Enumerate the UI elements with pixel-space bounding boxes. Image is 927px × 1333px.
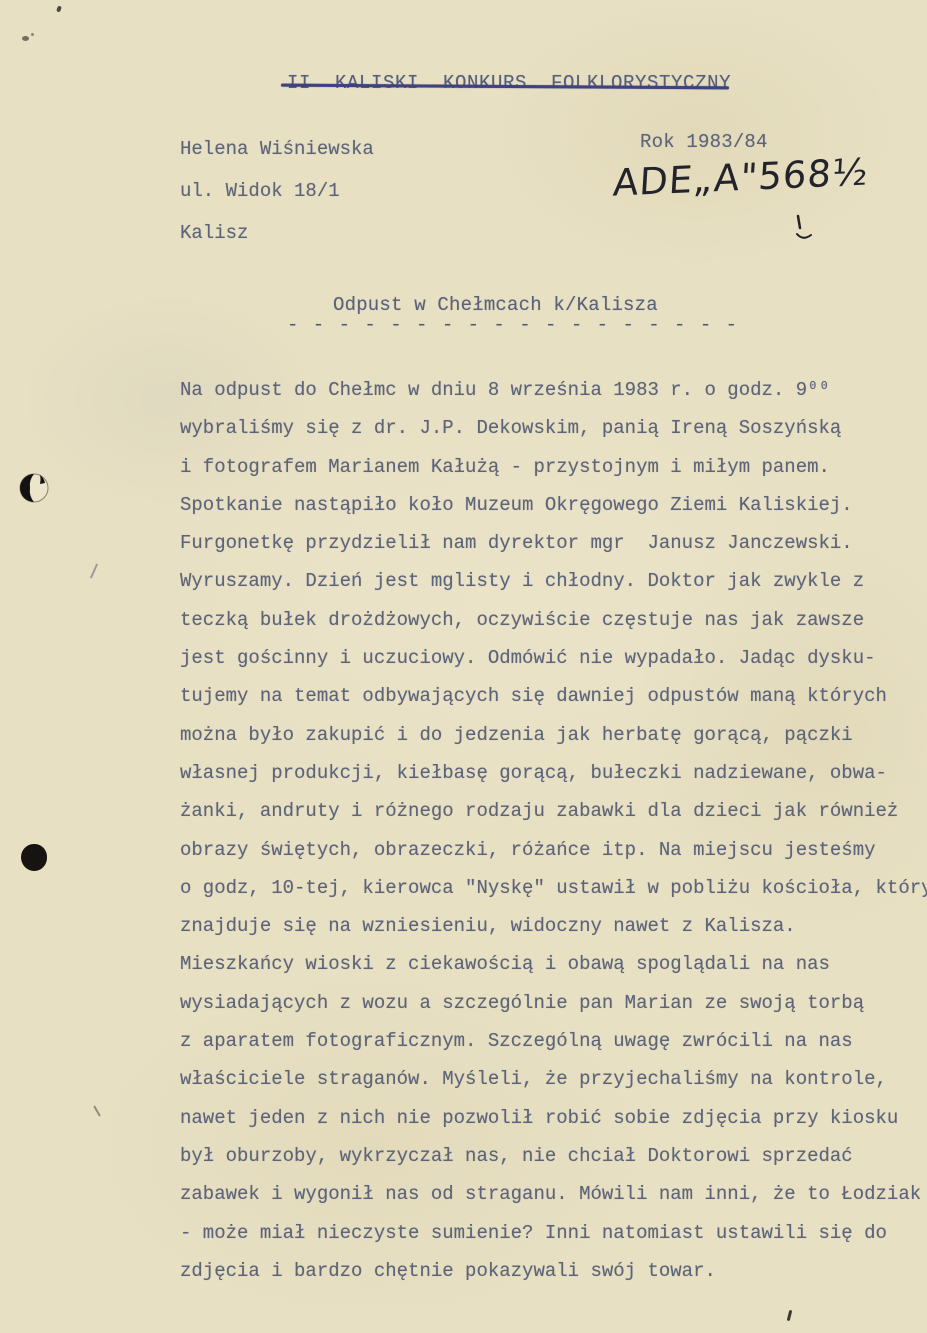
sender-name: Helena Wiśniewska <box>180 128 374 170</box>
body-line: i fotografem Marianem Kałużą - przystojn… <box>180 448 927 486</box>
body-line: o godz, 10-tej, kierowca "Nyskę" ustawił… <box>180 869 927 907</box>
body-line: z aparatem fotograficznym. Szczególną uw… <box>180 1022 927 1060</box>
body-line: Wyruszamy. Dzień jest mglisty i chłodny.… <box>180 562 927 600</box>
body-line: znajduje się na wzniesieniu, widoczny na… <box>180 907 927 945</box>
handwritten-archive-note: ADE„A"568½ <box>612 150 870 204</box>
body-paragraph: Na odpust do Chełmc w dniu 8 września 19… <box>180 371 927 1290</box>
paper-scratch <box>90 563 98 578</box>
document-title: Odpust w Chełmcach k/Kalisza <box>333 294 658 316</box>
torn-punch-hole <box>18 472 52 504</box>
paper-speck <box>56 5 62 12</box>
body-line: Na odpust do Chełmc w dniu 8 września 19… <box>180 371 927 409</box>
body-line: można było zakupić i do jedzenia jak her… <box>180 716 927 754</box>
body-line: Mieszkańcy wioski z ciekawością i obawą … <box>180 945 927 983</box>
paper-tick-mark <box>787 1310 793 1321</box>
body-line: Furgonetkę przydzielił nam dyrektor mgr … <box>180 524 927 562</box>
body-line: właściciele straganów. Myśleli, że przyj… <box>180 1060 927 1098</box>
body-line: żanki, andruty i różnego rodzaju zabawki… <box>180 792 927 830</box>
sender-city: Kalisz <box>180 212 374 254</box>
body-line: teczką bułek drożdżowych, oczywiście czę… <box>180 601 927 639</box>
handwriting-flourish <box>795 212 821 240</box>
body-line: zdjęcia i bardzo chętnie pokazywali swój… <box>180 1252 927 1290</box>
body-line: Spotkanie nastąpiło koło Muzeum Okręgowe… <box>180 486 927 524</box>
paper-speck <box>22 36 29 41</box>
body-line: - może miał nieczyste sumienie? Inni nat… <box>180 1214 927 1252</box>
paper-scratch <box>93 1105 101 1116</box>
body-line: wysiadających z wozu a szczególnie pan M… <box>180 984 927 1022</box>
sender-address-block: Helena Wiśniewska ul. Widok 18/1 Kalisz <box>180 128 374 254</box>
black-punch-hole <box>21 844 47 871</box>
document-page: II KALISKI KONKURS FOLKLORYSTYCZNY Helen… <box>0 0 927 1333</box>
sender-street: ul. Widok 18/1 <box>180 170 374 212</box>
body-line: nawet jeden z nich nie pozwolił robić so… <box>180 1099 927 1137</box>
year-label: Rok 1983/84 <box>640 131 768 153</box>
body-line: własnej produkcji, kiełbasę gorącą, bułe… <box>180 754 927 792</box>
body-line: jest gościnny i uczuciowy. Odmówić nie w… <box>180 639 927 677</box>
body-line: wybraliśmy się z dr. J.P. Dekowskim, pan… <box>180 409 927 447</box>
title-dashed-underline: - - - - - - - - - - - - - - - - - - <box>287 314 739 336</box>
body-line: obrazy świętych, obrazeczki, różańce itp… <box>180 831 927 869</box>
body-line: tujemy na temat odbywających się dawniej… <box>180 677 927 715</box>
body-line: zabawek i wygonił nas od straganu. Mówil… <box>180 1175 927 1213</box>
struck-header-title: II KALISKI KONKURS FOLKLORYSTYCZNY <box>287 72 731 94</box>
body-line: był oburzoby, wykrzyczał nas, nie chciał… <box>180 1137 927 1175</box>
